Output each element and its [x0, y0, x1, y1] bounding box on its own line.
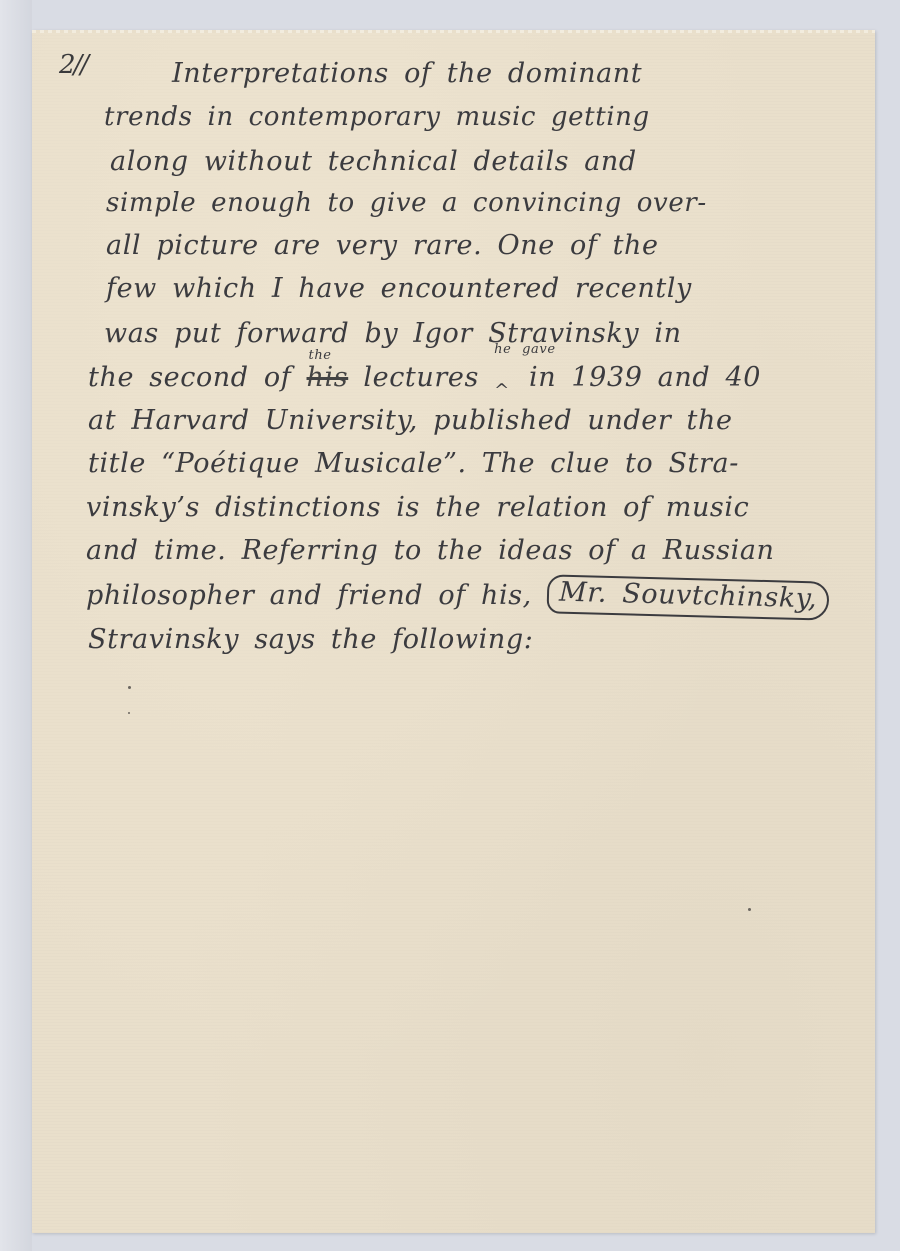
paper-speck — [128, 686, 131, 689]
manuscript-line-5: all picture are very rare. One of the — [106, 230, 659, 261]
line13-text: philosopher and friend of his, — [86, 580, 532, 611]
circled-name-annotation: Mr. Souvtchinsky, — [547, 574, 830, 620]
caret-wrapper: he gave ^ — [494, 362, 529, 393]
manuscript-page: 2// Interpretations of the dominant tren… — [32, 30, 875, 1233]
paper-deckle-edge — [32, 30, 875, 33]
manuscript-line-7: was put forward by Igor Stravinsky in — [104, 318, 682, 349]
line8-end: in 1939 and 40 — [529, 362, 761, 393]
struck-word: his — [307, 362, 349, 393]
line8-start: the second of — [88, 362, 291, 393]
manuscript-line-13: philosopher and friend of his, Mr. Souvt… — [86, 578, 829, 617]
paper-speck — [748, 908, 751, 911]
manuscript-line-12: and time. Referring to the ideas of a Ru… — [86, 535, 775, 566]
scanner-backdrop — [0, 0, 32, 1251]
manuscript-line-3: along without technical details and — [110, 146, 637, 177]
insertion-caret: ^ — [494, 380, 510, 401]
insertion-above-caret: he gave — [494, 342, 556, 357]
line8-lectures: lectures — [363, 362, 479, 393]
manuscript-line-4: simple enough to give a convincing over- — [106, 188, 707, 218]
manuscript-line-6: few which I have encountered recently — [106, 273, 692, 304]
paper-speck — [128, 712, 130, 714]
manuscript-line-11: vinsky’s distinctions is the relation of… — [86, 492, 749, 523]
manuscript-line-10: title “Poétique Musicale”. The clue to S… — [88, 448, 739, 479]
manuscript-line-2: trends in contemporary music getting — [104, 102, 650, 132]
folio-number: 2// — [59, 50, 87, 80]
manuscript-line-9: at Harvard University, published under t… — [88, 405, 733, 436]
struck-word-wrapper: the his — [307, 362, 364, 393]
manuscript-line-1: Interpretations of the dominant — [172, 58, 642, 89]
insertion-above-struck: the — [309, 348, 332, 363]
manuscript-line-14: Stravinsky says the following: — [88, 624, 533, 655]
manuscript-line-8: the second of the his lectures he gave ^… — [88, 362, 761, 393]
